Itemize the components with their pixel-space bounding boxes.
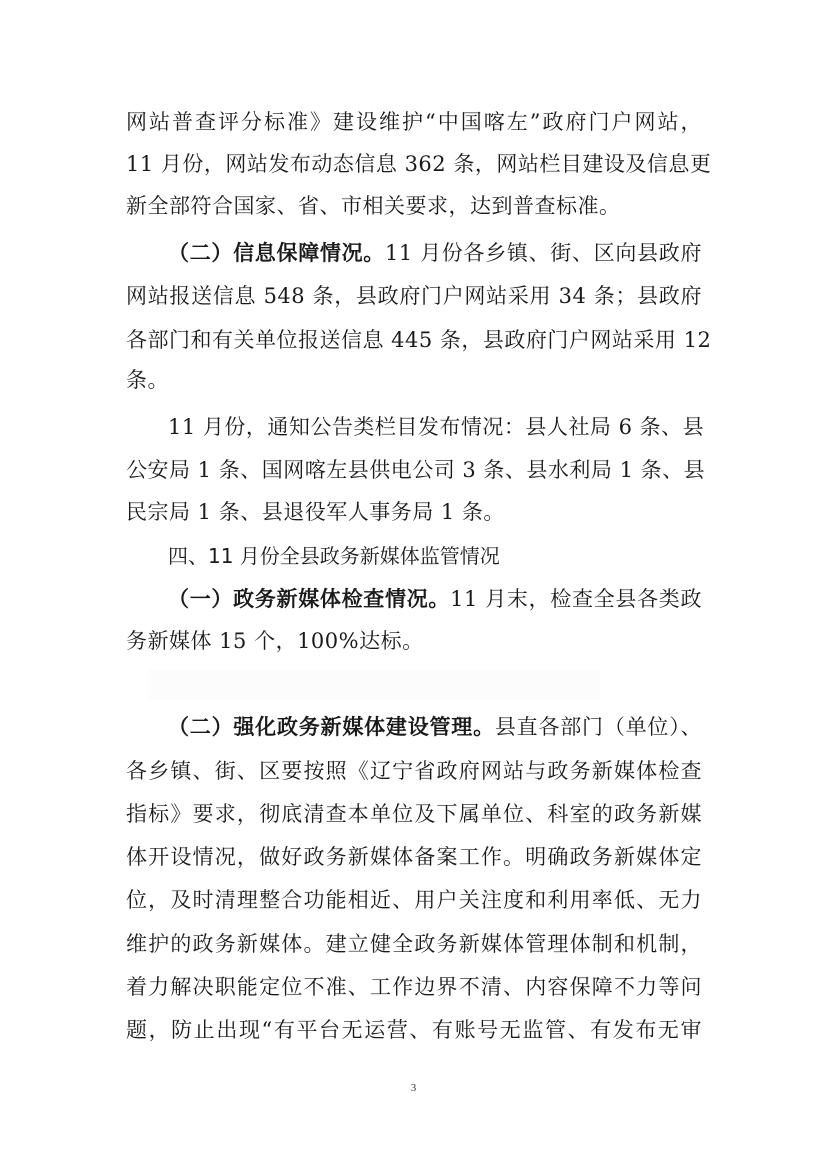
paragraph-first-line: （一）政务新媒体检查情况。11 月末，检查全县各类政 (168, 578, 702, 620)
section-heading: 四、11 月份全县政务新媒体监管情况 (168, 535, 702, 577)
paragraph-line: 公安局 1 条、国网喀左县供电公司 3 条、县水利局 1 条、县 (126, 449, 702, 491)
subsection-heading: （二）强化政务新媒体建设管理。 (168, 715, 495, 739)
paragraph-first-line: （二）强化政务新媒体建设管理。县直各部门（单位）、 (168, 706, 702, 748)
paragraph-line: 位，及时清理整合功能相近、用户关注度和利用率低、无力 (126, 879, 702, 921)
paragraph-first-line: （二）信息保障情况。11 月份各乡镇、街、区向县政府 (168, 232, 702, 274)
document-page: 网站普查评分标准》建设维护“中国喀左”政府门户网站， 11 月份，网站发布动态信… (0, 0, 827, 1169)
paragraph-line: 维护的政务新媒体。建立健全政务新媒体管理体制和机制， (126, 923, 702, 965)
paragraph-first-line: 11 月份，通知公告类栏目发布情况：县人社局 6 条、县 (168, 406, 702, 448)
paragraph-line: 着力解决职能定位不准、工作边界不清、内容保障不力等问 (126, 966, 702, 1008)
paragraph-text: 11 月份各乡镇、街、区向县政府 (385, 241, 702, 265)
subsection-heading: （一）政务新媒体检查情况。 (168, 587, 450, 611)
paragraph-line: 网站报送信息 548 条，县政府门户网站采用 34 条；县政府 (126, 275, 702, 317)
paragraph-line: 11 月份，网站发布动态信息 362 条，网站栏目建设及信息更 (126, 143, 702, 185)
subsection-heading: （二）信息保障情况。 (168, 241, 385, 265)
paragraph-line: 条。 (126, 359, 702, 401)
paragraph-line: 各部门和有关单位报送信息 445 条，县政府门户网站采用 12 (126, 319, 702, 361)
paragraph-text: 11 月末，检查全县各类政 (450, 587, 702, 611)
paragraph-line: 民宗局 1 条、县退役军人事务局 1 条。 (126, 491, 702, 533)
paragraph-line: 各乡镇、街、区要按照《辽宁省政府网站与政务新媒体检查 (126, 750, 702, 792)
paragraph-line: 务新媒体 15 个，100%达标。 (126, 620, 702, 662)
paragraph-text: 县直各部门（单位）、 (495, 715, 702, 739)
page-number: 3 (0, 1082, 827, 1094)
shaded-blank-area (148, 670, 600, 700)
paragraph-line: 网站普查评分标准》建设维护“中国喀左”政府门户网站， (126, 101, 702, 143)
paragraph-line: 指标》要求，彻底清查本单位及下属单位、科室的政务新媒 (126, 793, 702, 835)
paragraph-line: 新全部符合国家、省、市相关要求，达到普查标准。 (126, 185, 702, 227)
paragraph-line: 题，防止出现“有平台无运营、有账号无监管、有发布无审 (126, 1009, 702, 1051)
paragraph-line: 体开设情况，做好政务新媒体备案工作。明确政务新媒体定 (126, 836, 702, 878)
